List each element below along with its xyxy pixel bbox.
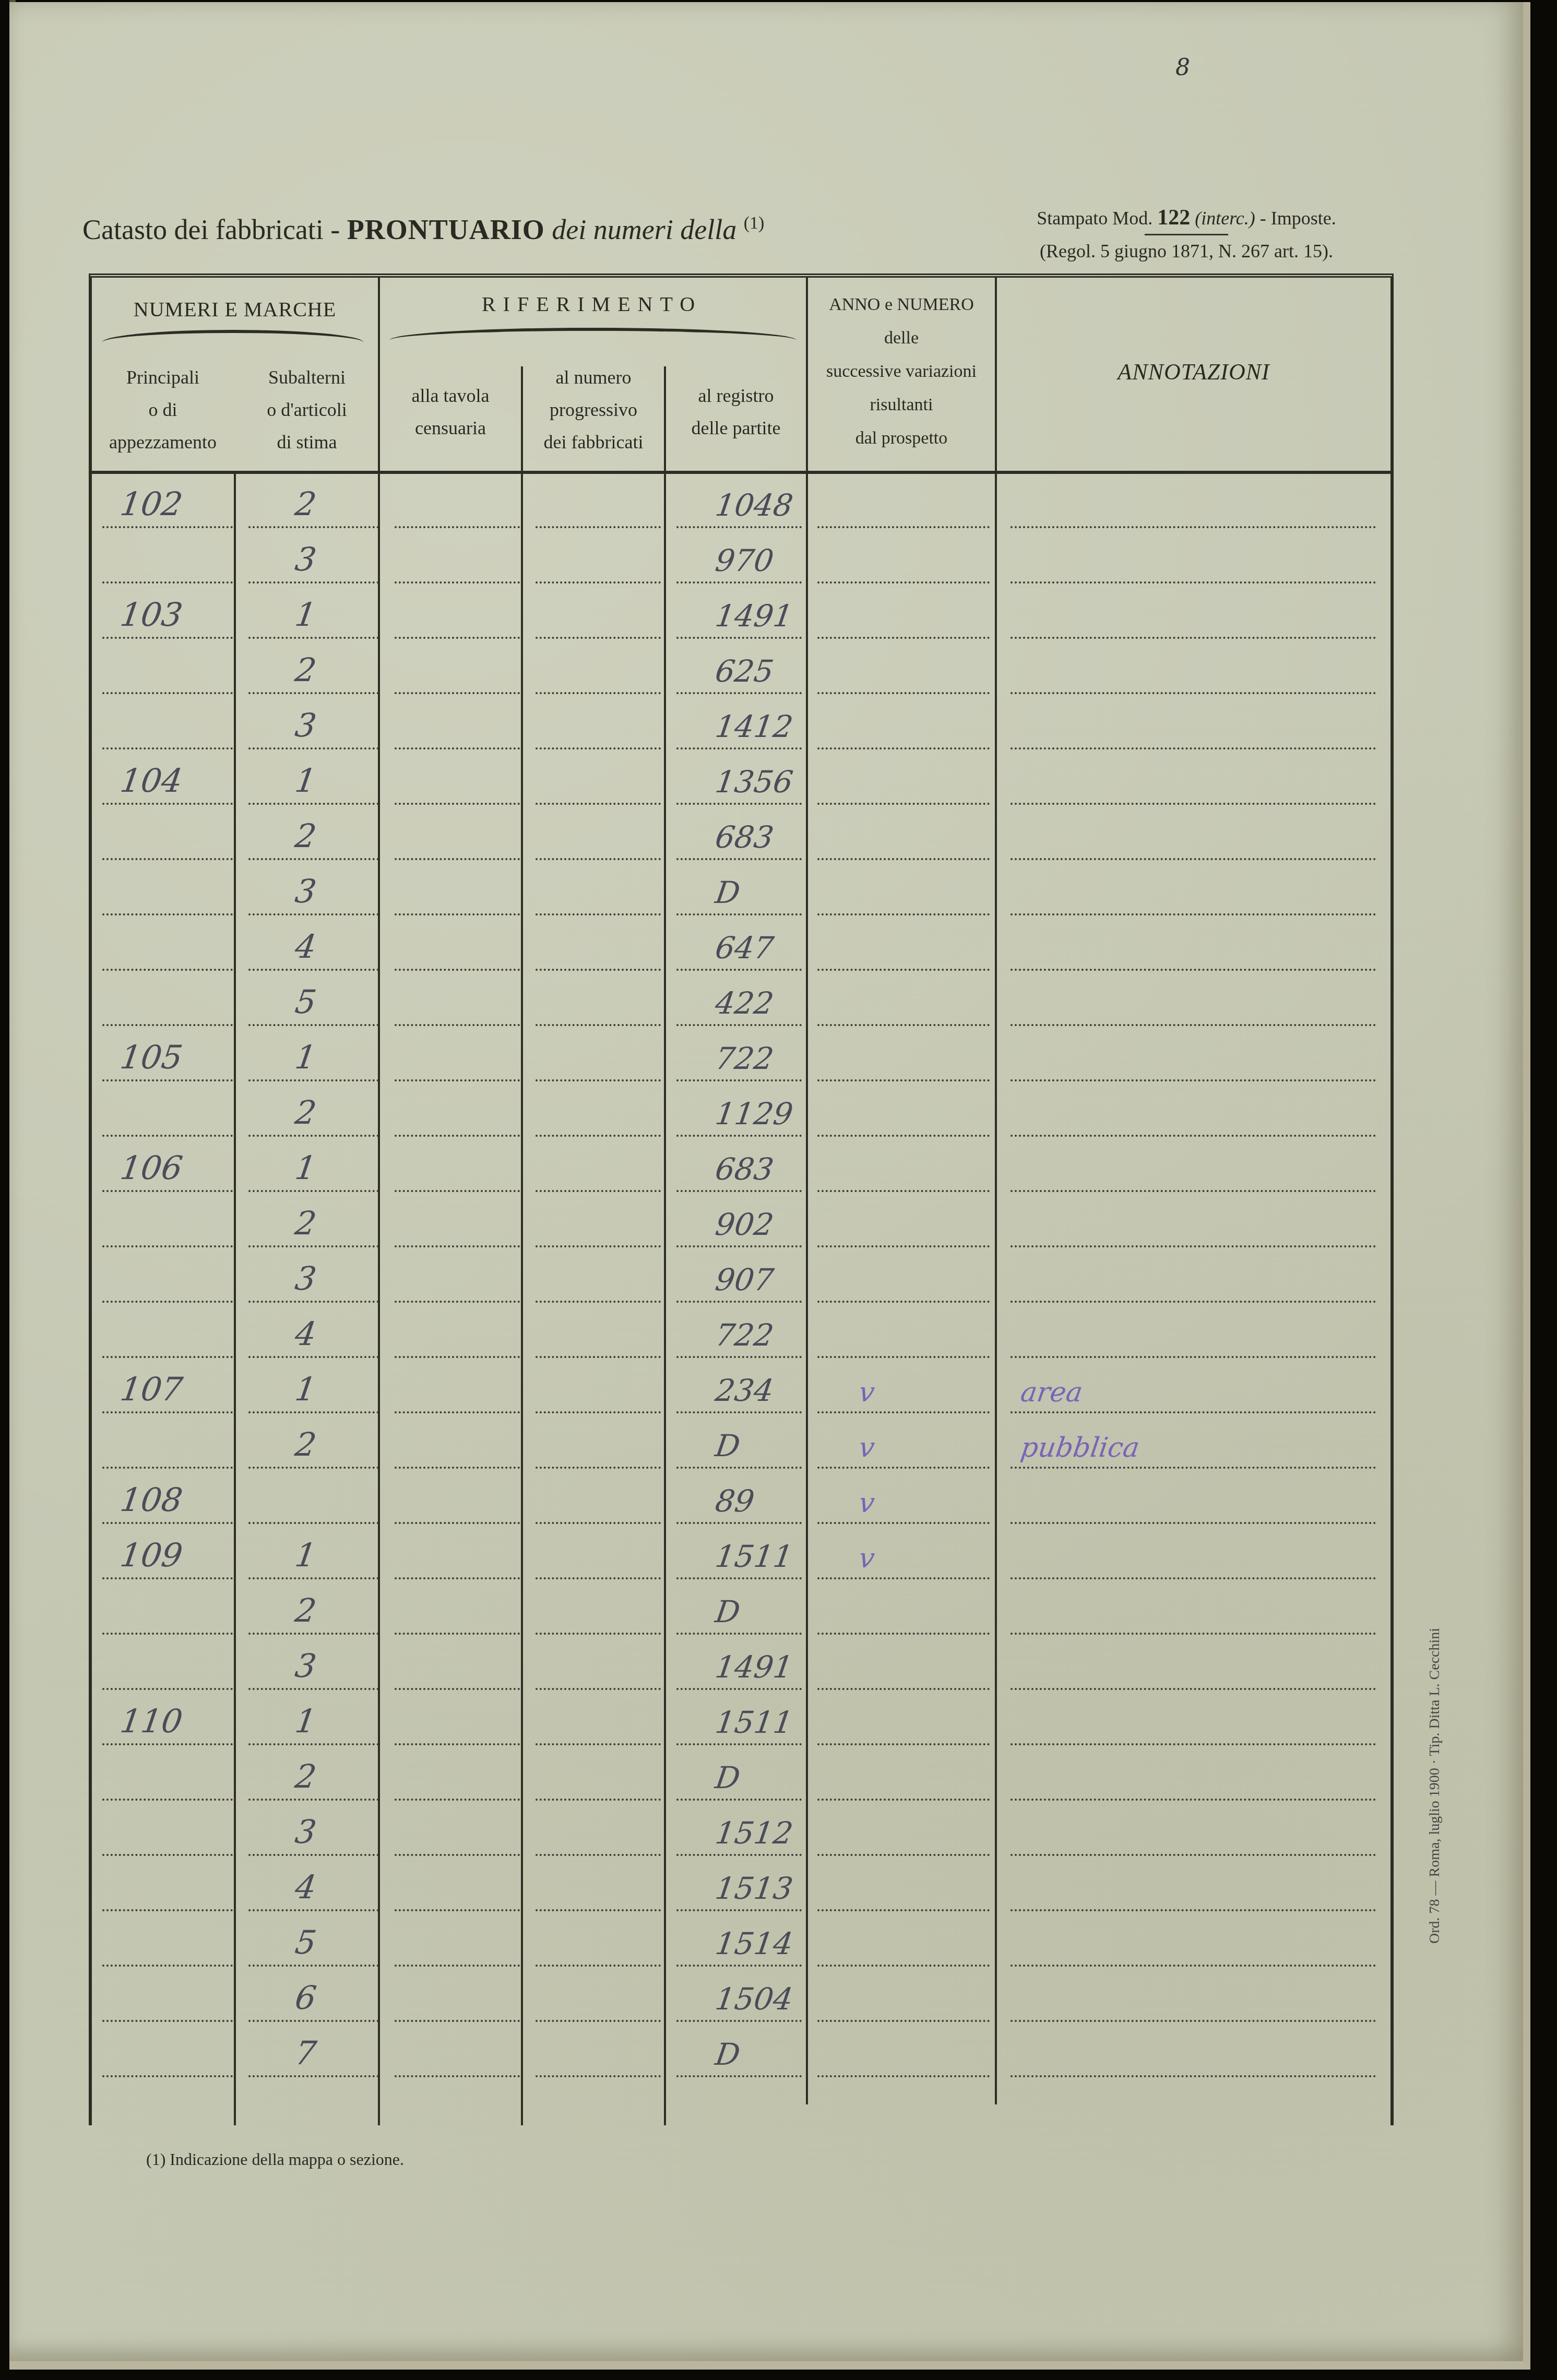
- row-rule: [536, 1962, 661, 1967]
- row-rule: [1011, 1409, 1376, 1413]
- row-rule: [102, 1686, 233, 1690]
- cell-principale: 107: [118, 1370, 185, 1408]
- row-rule: [395, 967, 520, 971]
- row-rule: [248, 1299, 379, 1303]
- row-rule: [536, 524, 661, 528]
- cell-registro: D: [713, 1594, 742, 1629]
- row-rule: [248, 1188, 379, 1192]
- row-rule: [536, 1686, 661, 1690]
- row-rule: [817, 1409, 990, 1413]
- row-rule: [102, 967, 233, 971]
- row-rule: [676, 690, 802, 694]
- row-rule: [1011, 1575, 1376, 1579]
- row-rule: [1011, 911, 1376, 915]
- cell-subalterno: 3: [293, 706, 319, 744]
- row-rule: [676, 1409, 802, 1413]
- row-rule: [676, 745, 802, 749]
- row-rule: [102, 1575, 233, 1579]
- cell-subalterno: 2: [293, 1093, 319, 1132]
- row-rule: [536, 801, 661, 805]
- row-rule: [1011, 635, 1376, 639]
- row-rule: [102, 1354, 233, 1358]
- row-rule: [536, 2018, 661, 2022]
- row-rule: [395, 1741, 520, 1745]
- cell-subalterno: 2: [293, 651, 319, 689]
- form-model-stamp: Stampato Mod. 122 (interc.) - Imposte. (…: [1004, 203, 1369, 266]
- cell-registro: 907: [713, 1262, 776, 1298]
- header-line: o di: [92, 394, 234, 426]
- cell-registro: 722: [713, 1041, 776, 1076]
- row-rule: [248, 856, 379, 860]
- row-rule: [536, 1243, 661, 1247]
- cell-subalterno: 3: [293, 1647, 319, 1685]
- row-rule: [248, 2073, 379, 2077]
- row-rule: [395, 1243, 520, 1247]
- row-rule: [1011, 745, 1376, 749]
- row-rule: [395, 801, 520, 805]
- row-rule: [248, 1409, 379, 1413]
- cell-registro: 970: [713, 543, 776, 578]
- table-row: 2D: [92, 1581, 1390, 1635]
- cell-subalterno: 1: [293, 1702, 319, 1740]
- cell-subalterno: 2: [293, 1757, 319, 1795]
- row-rule: [102, 635, 233, 639]
- row-rule: [676, 1022, 802, 1026]
- footnote: (1) Indicazione della mappa o sezione.: [146, 2150, 404, 2169]
- table-row: 51514: [92, 1913, 1390, 1967]
- row-rule: [1011, 856, 1376, 860]
- cell-registro: 1491: [713, 598, 795, 634]
- row-rule: [536, 745, 661, 749]
- row-rule: [676, 1907, 802, 1911]
- cell-variazione: v: [857, 1487, 877, 1519]
- row-rule: [676, 635, 802, 639]
- row-rule: [102, 1852, 233, 1856]
- row-rule: [536, 2073, 661, 2077]
- cell-registro: 89: [713, 1483, 756, 1519]
- row-rule: [395, 1631, 520, 1635]
- row-rule: [1011, 1852, 1376, 1856]
- header-line: appezzamento: [92, 426, 234, 458]
- row-rule: [817, 1852, 990, 1856]
- row-rule: [395, 1907, 520, 1911]
- row-rule: [248, 2018, 379, 2022]
- title-prefix: Catasto dei fabbricati -: [82, 214, 347, 245]
- row-rule: [102, 1962, 233, 1967]
- cell-principale: 103: [118, 596, 185, 634]
- cell-subalterno: 3: [293, 1259, 319, 1298]
- table-row: 4647: [92, 918, 1390, 971]
- cell-subalterno: 2: [293, 817, 319, 855]
- row-rule: [1011, 1022, 1376, 1026]
- row-rule: [536, 1520, 661, 1524]
- row-rule: [676, 1741, 802, 1745]
- row-rule: [248, 1575, 379, 1579]
- cell-variazione: v: [857, 1377, 877, 1408]
- cell-registro: 1514: [713, 1926, 795, 1961]
- row-rule: [395, 635, 520, 639]
- stamp-prefix: Stampato Mod.: [1037, 208, 1157, 229]
- table-row: 7D: [92, 2024, 1390, 2077]
- row-rule: [536, 1907, 661, 1911]
- row-rule: [817, 1796, 990, 1801]
- cell-registro: 1356: [713, 764, 795, 800]
- row-rule: [395, 856, 520, 860]
- row-rule: [395, 1852, 520, 1856]
- table-row: 41513: [92, 1858, 1390, 1911]
- row-rule: [817, 1299, 990, 1303]
- cell-principale: 109: [118, 1536, 185, 1574]
- table-row: 61504: [92, 1969, 1390, 2022]
- row-rule: [1011, 1077, 1376, 1081]
- row-rule: [676, 1354, 802, 1358]
- row-rule: [102, 1299, 233, 1303]
- row-rule: [536, 1133, 661, 1137]
- cell-registro: 1491: [713, 1649, 795, 1685]
- row-rule: [676, 911, 802, 915]
- row-rule: [1011, 690, 1376, 694]
- cell-variazione: v: [857, 1543, 877, 1574]
- row-rule: [1011, 2073, 1376, 2077]
- row-rule: [676, 1686, 802, 1690]
- row-rule: [102, 1077, 233, 1081]
- header-brace: [389, 328, 797, 340]
- cell-subalterno: 2: [293, 485, 319, 523]
- table-row: 1071234varea: [92, 1360, 1390, 1413]
- table-row: 10221048: [92, 475, 1390, 528]
- row-rule: [817, 745, 990, 749]
- cell-principale: 104: [118, 761, 185, 800]
- cell-principale: 110: [118, 1702, 185, 1740]
- row-rule: [248, 1852, 379, 1856]
- row-rule: [536, 635, 661, 639]
- printer-imprint: Ord. 78 — Roma, luglio 1900 · Tip. Ditta…: [1427, 1628, 1443, 1944]
- row-rule: [1011, 1962, 1376, 1967]
- header-anno-line: successive variazioni: [808, 355, 995, 388]
- cell-registro: 722: [713, 1317, 776, 1353]
- row-rule: [395, 1299, 520, 1303]
- row-rule: [676, 1188, 802, 1192]
- row-rule: [1011, 1520, 1376, 1524]
- row-rule: [817, 1133, 990, 1137]
- row-rule: [102, 2018, 233, 2022]
- row-rule: [1011, 524, 1376, 528]
- title-footnote-ref: (1): [744, 213, 765, 233]
- table-row: 10911511v: [92, 1526, 1390, 1579]
- row-rule: [248, 1631, 379, 1635]
- header-line: di stima: [236, 426, 378, 458]
- table-row: 1061683: [92, 1139, 1390, 1192]
- row-rule: [676, 524, 802, 528]
- row-rule: [102, 2073, 233, 2077]
- row-rule: [395, 690, 520, 694]
- cell-principale: 108: [118, 1481, 185, 1519]
- cell-subalterno: 3: [293, 1813, 319, 1851]
- row-rule: [817, 2073, 990, 2077]
- header-rule: [92, 471, 1390, 474]
- cell-registro: D: [713, 1428, 742, 1463]
- table-row: 2902: [92, 1194, 1390, 1247]
- row-rule: [248, 1077, 379, 1081]
- row-rule: [676, 1465, 802, 1469]
- header-riferimento: RIFERIMENTO: [378, 288, 806, 320]
- header-principali: Principali o di appezzamento: [92, 361, 234, 458]
- stamp-interc: (interc.): [1190, 208, 1255, 229]
- row-rule: [395, 1796, 520, 1801]
- cell-subalterno: 1: [293, 1536, 319, 1574]
- row-rule: [817, 1907, 990, 1911]
- row-rule: [102, 1133, 233, 1137]
- stamp-suffix: - Imposte.: [1255, 208, 1336, 229]
- cell-registro: 1511: [713, 1705, 795, 1740]
- stamp-model-number: 122: [1157, 206, 1190, 230]
- row-rule: [817, 1962, 990, 1967]
- table-row: 3970: [92, 530, 1390, 584]
- cell-subalterno: 4: [293, 1315, 319, 1353]
- title-prontuario: PRONTUARIO: [347, 214, 545, 245]
- row-rule: [248, 1243, 379, 1247]
- cell-registro: 422: [713, 985, 776, 1021]
- row-rule: [395, 1022, 520, 1026]
- row-rule: [395, 524, 520, 528]
- row-rule: [1011, 1741, 1376, 1745]
- row-rule: [248, 1022, 379, 1026]
- row-rule: [536, 1022, 661, 1026]
- cell-registro: 1513: [713, 1871, 795, 1906]
- row-rule: [676, 579, 802, 584]
- row-rule: [817, 1741, 990, 1745]
- row-rule: [817, 856, 990, 860]
- header-anno-line: dal prospetto: [808, 422, 995, 455]
- row-rule: [817, 801, 990, 805]
- row-rule: [1011, 1243, 1376, 1247]
- row-rule: [1011, 1133, 1376, 1137]
- cell-subalterno: 2: [293, 1204, 319, 1242]
- table-row: 1051722: [92, 1028, 1390, 1081]
- cell-registro: D: [713, 875, 742, 910]
- row-rule: [395, 1409, 520, 1413]
- row-rule: [248, 1741, 379, 1745]
- row-rule: [102, 801, 233, 805]
- cell-principale: 102: [118, 485, 185, 523]
- cell-registro: 1512: [713, 1815, 795, 1851]
- row-rule: [395, 1686, 520, 1690]
- header-line: censuaria: [380, 412, 521, 444]
- row-rule: [536, 1409, 661, 1413]
- header-line: delle partite: [666, 412, 806, 444]
- row-rule: [1011, 967, 1376, 971]
- row-rule: [102, 524, 233, 528]
- row-rule: [102, 1188, 233, 1192]
- row-rule: [536, 1631, 661, 1635]
- row-rule: [536, 856, 661, 860]
- row-rule: [395, 1354, 520, 1358]
- row-rule: [102, 1796, 233, 1801]
- table-row: 4722: [92, 1305, 1390, 1358]
- row-rule: [395, 1575, 520, 1579]
- row-rule: [1011, 1354, 1376, 1358]
- row-rule: [248, 635, 379, 639]
- row-rule: [817, 967, 990, 971]
- cell-subalterno: 2: [293, 1591, 319, 1629]
- row-rule: [817, 1354, 990, 1358]
- cell-subalterno: 1: [293, 1149, 319, 1187]
- table-row: 3D: [92, 862, 1390, 915]
- row-rule: [676, 1631, 802, 1635]
- row-rule: [395, 1133, 520, 1137]
- table-row: 2Dvpubblica: [92, 1415, 1390, 1469]
- row-rule: [395, 911, 520, 915]
- row-rule: [676, 1077, 802, 1081]
- page-number: 8: [1175, 54, 1190, 81]
- row-rule: [395, 1962, 520, 1967]
- row-rule: [102, 1520, 233, 1524]
- title-italic: dei numeri della: [545, 214, 744, 245]
- cell-registro: 647: [713, 930, 776, 966]
- row-rule: [1011, 1796, 1376, 1801]
- prontuario-table: NUMERI E MARCHE RIFERIMENTO ANNO e NUMER…: [89, 273, 1394, 2125]
- row-rule: [536, 1299, 661, 1303]
- row-rule: [817, 1575, 990, 1579]
- cell-subalterno: 1: [293, 1038, 319, 1076]
- document-page: 8 Catasto dei fabbricati - PRONTUARIO de…: [9, 2, 1530, 2370]
- row-rule: [1011, 1465, 1376, 1469]
- header-brace: [102, 330, 363, 342]
- table-row: 31412: [92, 696, 1390, 749]
- header-anno-line: risultanti: [808, 388, 995, 422]
- cell-registro: 902: [713, 1207, 776, 1242]
- row-rule: [248, 1962, 379, 1967]
- row-rule: [536, 1188, 661, 1192]
- cell-subalterno: 1: [293, 1370, 319, 1408]
- header-line: al registro: [666, 379, 806, 412]
- table-row: 31491: [92, 1637, 1390, 1690]
- header-anno-line: delle: [808, 322, 995, 355]
- row-rule: [536, 579, 661, 584]
- row-rule: [395, 2073, 520, 2077]
- table-row: 2683: [92, 807, 1390, 860]
- row-rule: [395, 1077, 520, 1081]
- row-rule: [102, 1465, 233, 1469]
- row-rule: [817, 1631, 990, 1635]
- cell-annotazione: pubblica: [1019, 1432, 1142, 1463]
- header-line: dei fabbricati: [523, 426, 664, 458]
- row-rule: [676, 1520, 802, 1524]
- row-rule: [248, 967, 379, 971]
- row-rule: [248, 1133, 379, 1137]
- header-registro: al registro delle partite: [666, 379, 806, 444]
- header-line: Principali: [92, 361, 234, 394]
- row-rule: [536, 1741, 661, 1745]
- row-rule: [248, 1686, 379, 1690]
- row-rule: [248, 745, 379, 749]
- cell-registro: 234: [713, 1373, 776, 1408]
- row-rule: [536, 1575, 661, 1579]
- row-rule: [676, 1962, 802, 1967]
- row-rule: [102, 1631, 233, 1635]
- row-rule: [248, 1354, 379, 1358]
- table-row: 21129: [92, 1084, 1390, 1137]
- row-rule: [676, 967, 802, 971]
- row-rule: [248, 1796, 379, 1801]
- cell-registro: 1412: [713, 709, 795, 744]
- row-rule: [817, 1188, 990, 1192]
- row-rule: [676, 856, 802, 860]
- cell-subalterno: 1: [293, 596, 319, 634]
- cell-annotazione: area: [1019, 1377, 1085, 1408]
- header-line: Subalterni: [236, 361, 378, 394]
- row-rule: [395, 1520, 520, 1524]
- row-rule: [676, 1243, 802, 1247]
- cell-subalterno: 5: [293, 1923, 319, 1961]
- row-rule: [817, 1077, 990, 1081]
- cell-subalterno: 3: [293, 872, 319, 910]
- table-row: 10411356: [92, 752, 1390, 805]
- row-rule: [536, 1852, 661, 1856]
- row-rule: [817, 911, 990, 915]
- row-rule: [817, 690, 990, 694]
- row-rule: [102, 745, 233, 749]
- cell-subalterno: 5: [293, 983, 319, 1021]
- cell-subalterno: 1: [293, 761, 319, 800]
- cell-subalterno: 3: [293, 540, 319, 578]
- row-rule: [817, 1520, 990, 1524]
- row-rule: [248, 1465, 379, 1469]
- table-row: 2D: [92, 1747, 1390, 1801]
- cell-registro: 1048: [713, 487, 795, 523]
- row-rule: [817, 1243, 990, 1247]
- cell-principale: 106: [118, 1149, 185, 1187]
- row-rule: [102, 579, 233, 584]
- row-rule: [817, 524, 990, 528]
- table-row: 5422: [92, 973, 1390, 1026]
- cell-subalterno: 7: [293, 2034, 319, 2072]
- row-rule: [395, 745, 520, 749]
- cell-subalterno: 6: [293, 1979, 319, 2017]
- header-anno-line: ANNO e NUMERO: [808, 288, 995, 322]
- stamp-rule: [1145, 234, 1228, 235]
- cell-registro: 1129: [713, 1096, 795, 1132]
- form-title: Catasto dei fabbricati - PRONTUARIO dei …: [82, 213, 764, 246]
- row-rule: [102, 1243, 233, 1247]
- cell-registro: 1511: [713, 1539, 795, 1574]
- header-line: o d'articoli: [236, 394, 378, 426]
- row-rule: [1011, 1686, 1376, 1690]
- row-rule: [676, 2073, 802, 2077]
- row-rule: [536, 1465, 661, 1469]
- header-subalterni: Subalterni o d'articoli di stima: [236, 361, 378, 458]
- table-row: 10311491: [92, 586, 1390, 639]
- row-rule: [1011, 1907, 1376, 1911]
- header-line: progressivo: [523, 394, 664, 426]
- row-rule: [676, 801, 802, 805]
- row-rule: [1011, 1631, 1376, 1635]
- row-rule: [395, 1188, 520, 1192]
- row-rule: [102, 1022, 233, 1026]
- cell-registro: D: [713, 1760, 742, 1795]
- row-rule: [102, 1409, 233, 1413]
- cell-registro: D: [713, 2037, 742, 2072]
- header-annotazioni: ANNOTAZIONI: [997, 356, 1390, 388]
- header-tavola: alla tavola censuaria: [380, 379, 521, 444]
- cell-principale: 105: [118, 1038, 185, 1076]
- table-row: 2625: [92, 641, 1390, 694]
- table-row: 11011511: [92, 1692, 1390, 1745]
- row-rule: [248, 801, 379, 805]
- regulation-reference: (Regol. 5 giugno 1871, N. 267 art. 15).: [1004, 236, 1369, 266]
- row-rule: [817, 635, 990, 639]
- row-rule: [1011, 579, 1376, 584]
